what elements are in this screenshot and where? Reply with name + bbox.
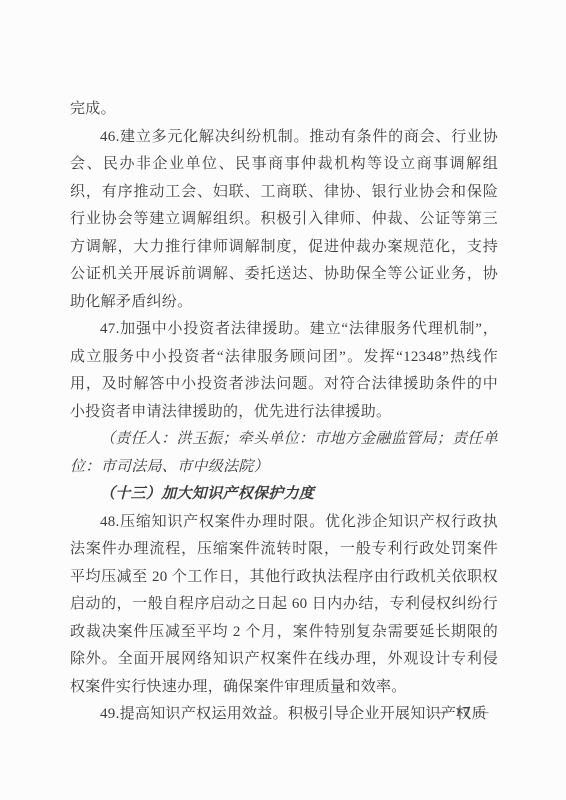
paragraph-46: 46.建立多元化解决纠纷机制。推动有条件的商会、行业协会、民办非企业单位、民事商… [70, 124, 498, 317]
paragraph-49: 49.提高知识产权运用效益。积极引导企业开展知识产权质 [70, 701, 498, 729]
paragraph-47: 47.加强中小投资者法律援助。建立“法律服务代理机制”，成立服务中小投资者“法律… [70, 316, 498, 426]
paragraph-completion: 完成。 [70, 96, 498, 124]
page-number: — 17 — [436, 704, 491, 719]
responsibility-note: （责任人：洪玉振；牵头单位：市地方金融监管局；责任单位：市司法局、市中级法院） [70, 426, 498, 481]
paragraph-48: 48.压缩知识产权案件办理时限。优化涉企知识产权行政执法案件办理流程，压缩案件流… [70, 509, 498, 702]
document-body: 完成。 46.建立多元化解决纠纷机制。推动有条件的商会、行业协会、民办非企业单位… [70, 96, 498, 729]
page-footer: — 17 — [436, 703, 491, 721]
document-page: 完成。 46.建立多元化解决纠纷机制。推动有条件的商会、行业协会、民办非企业单位… [0, 0, 566, 800]
section-heading-13: （十三）加大知识产权保护力度 [70, 481, 498, 509]
